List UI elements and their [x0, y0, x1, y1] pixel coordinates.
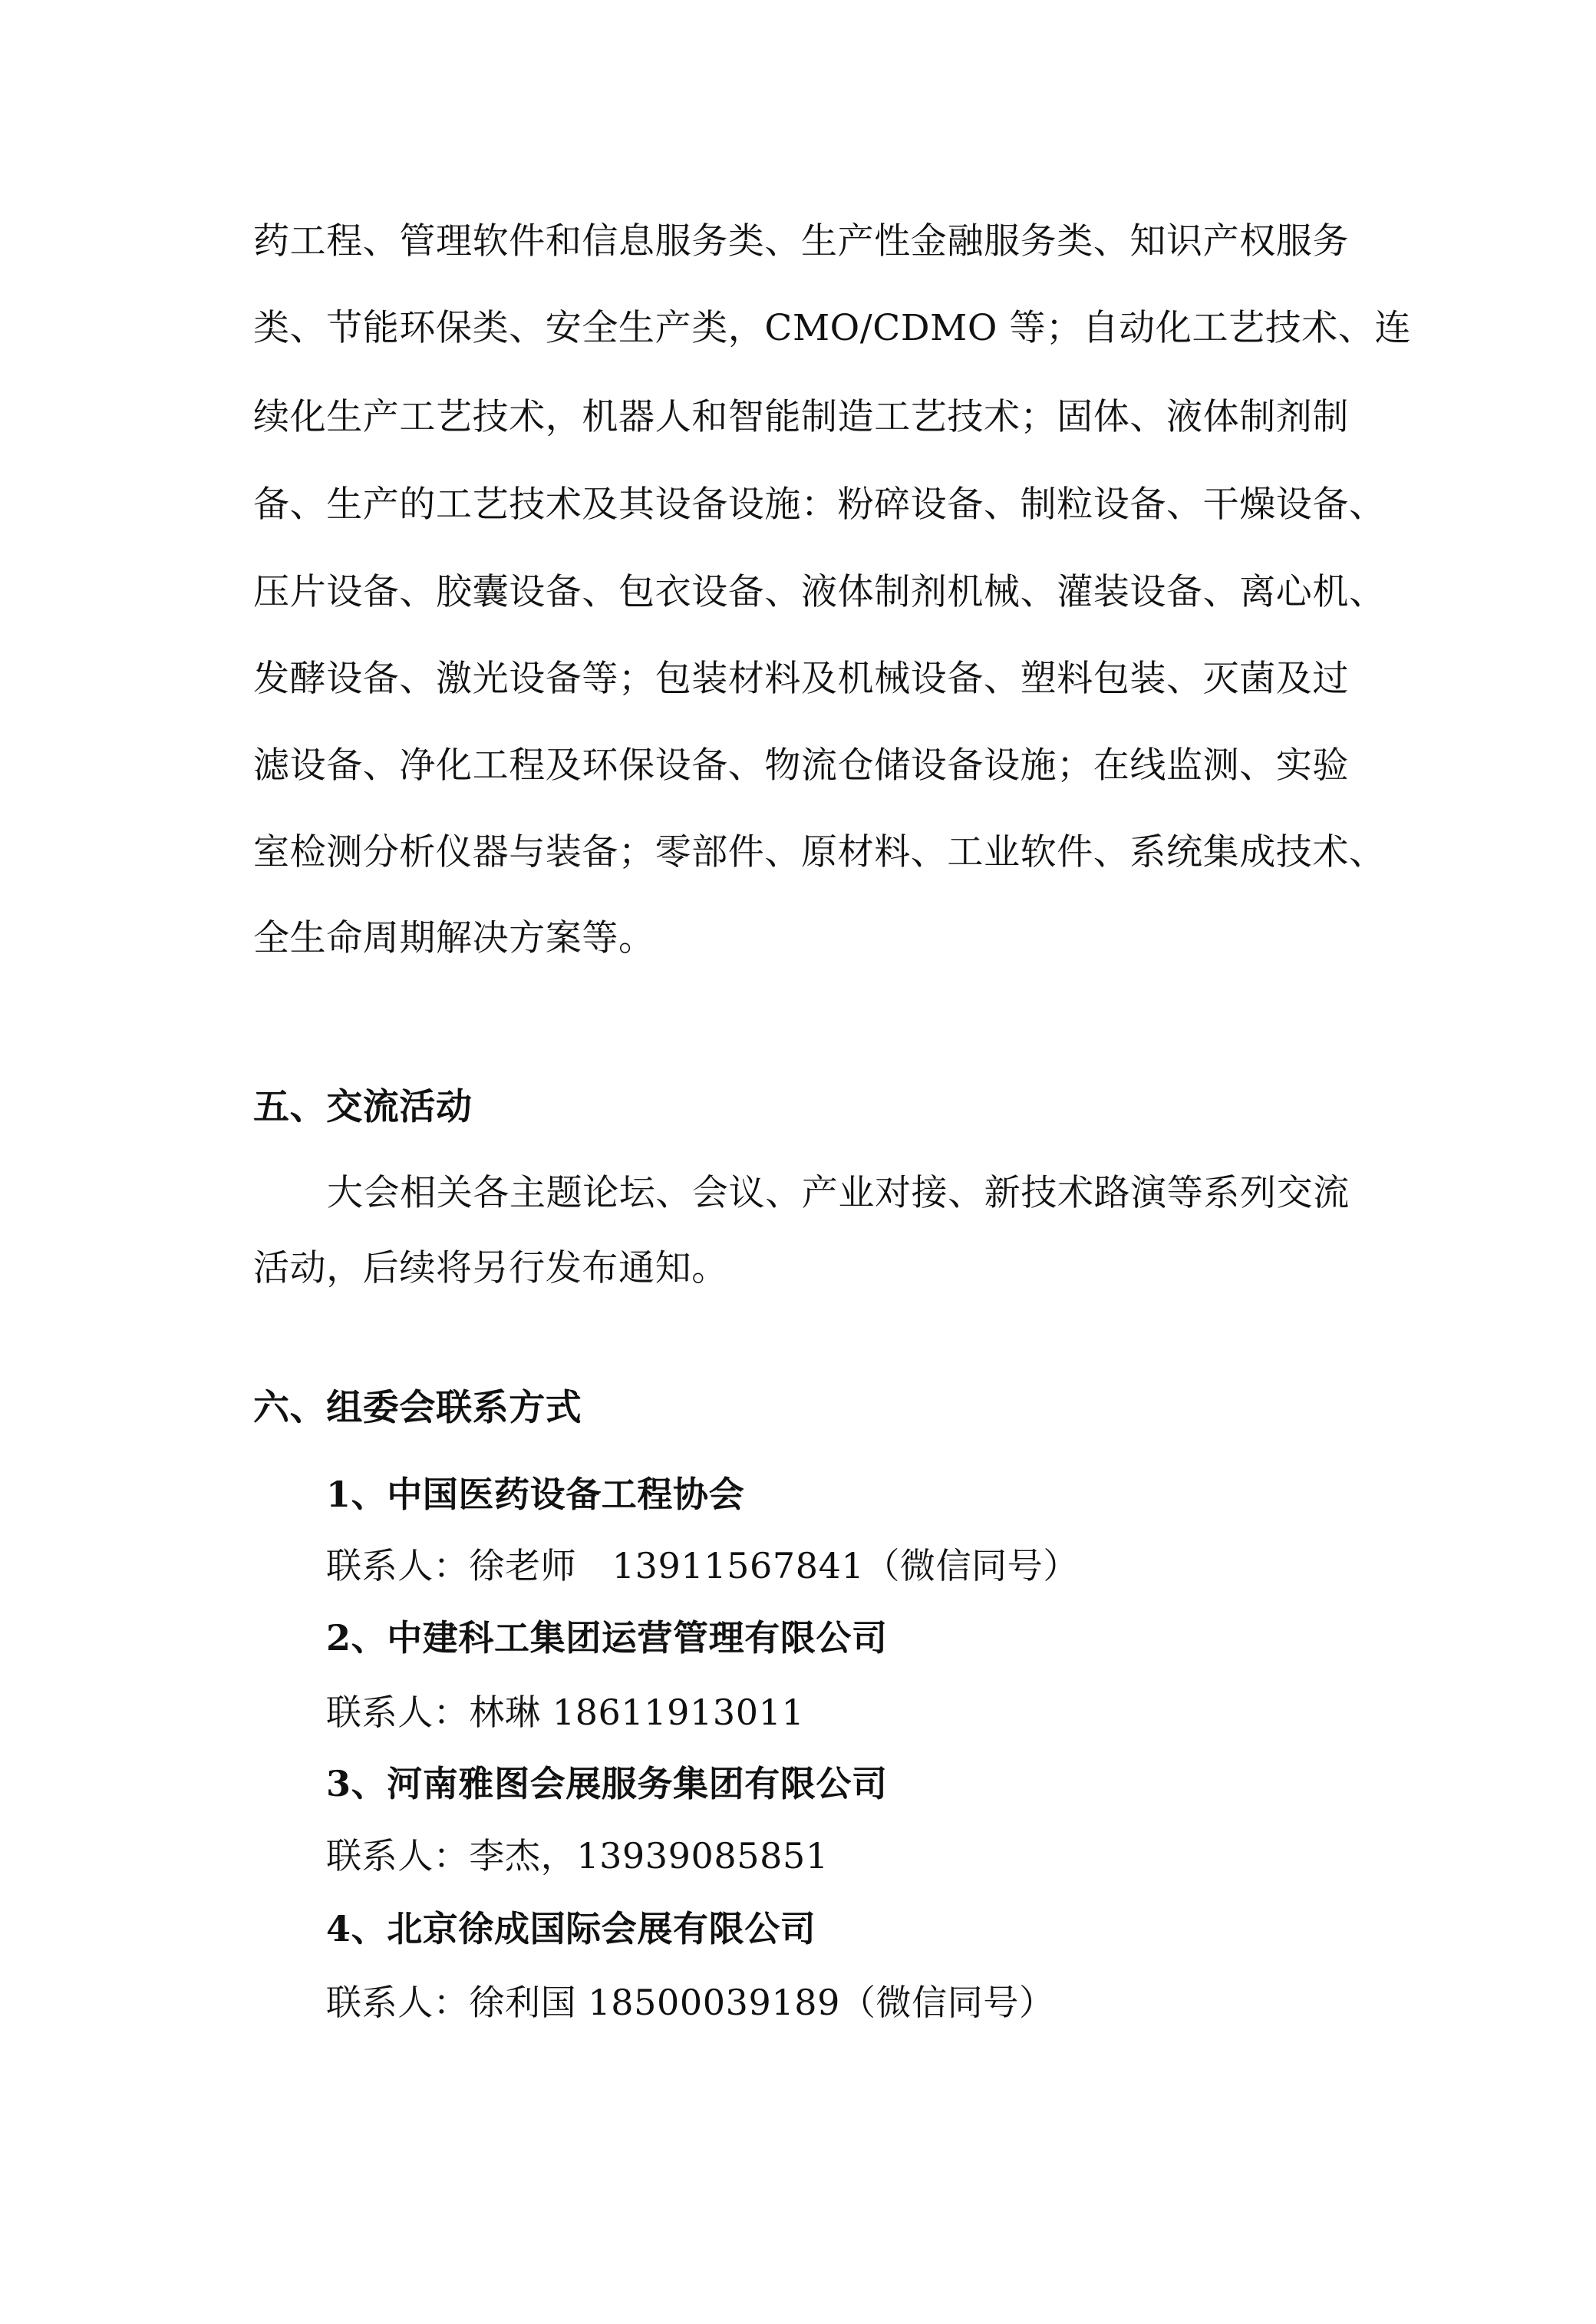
contact-org-name: 1、中国医药设备工程协会: [326, 1471, 1439, 1517]
body-text-line: 类、节能环保类、安全生产类，CMO/CDMO 等；自动化工艺技术、连: [253, 305, 1366, 352]
contact-org-name: 2、中建科工集团运营管理有限公司: [326, 1615, 1439, 1661]
contact-person: 联系人：徐老师 13911567841（微信同号）: [326, 1543, 1439, 1589]
contact-person: 联系人：李杰，13939085851: [326, 1833, 1439, 1879]
section-heading-exchange-activities: 五、交流活动: [253, 1084, 1366, 1131]
body-text-line: 药工程、管理软件和信息服务类、生产性金融服务类、知识产权服务: [253, 219, 1366, 265]
body-text-line: 备、生产的工艺技术及其设备设施：粉碎设备、制粒设备、干燥设备、: [253, 482, 1366, 528]
contact-org-name: 3、河南雅图会展服务集团有限公司: [326, 1761, 1439, 1807]
contact-person: 联系人：林琳 18611913011: [326, 1689, 1439, 1735]
contact-org-name: 4、北京徐成国际会展有限公司: [326, 1906, 1439, 1952]
section-paragraph-line: 活动，后续将另行发布通知。: [253, 1246, 1366, 1292]
body-text-line: 续化生产工艺技术，机器人和智能制造工艺技术；固体、液体制剂制: [253, 394, 1366, 441]
body-text-line: 发酵设备、激光设备等；包装材料及机械设备、塑料包装、灭菌及过: [253, 656, 1366, 702]
body-text-line: 滤设备、净化工程及环保设备、物流仓储设备设施；在线监测、实验: [253, 743, 1366, 789]
section-heading-contacts: 六、组委会联系方式: [253, 1385, 1366, 1431]
contact-person: 联系人：徐利国 18500039189（微信同号）: [326, 1979, 1439, 2025]
body-text-line: 室检测分析仪器与装备；零部件、原材料、工业软件、系统集成技术、: [253, 830, 1366, 876]
section-paragraph-line: 大会相关各主题论坛、会议、产业对接、新技术路演等系列交流: [327, 1170, 1439, 1216]
body-text-line: 压片设备、胶囊设备、包衣设备、液体制剂机械、灌装设备、离心机、: [253, 569, 1366, 616]
body-text-line: 全生命周期解决方案等。: [253, 916, 1366, 962]
